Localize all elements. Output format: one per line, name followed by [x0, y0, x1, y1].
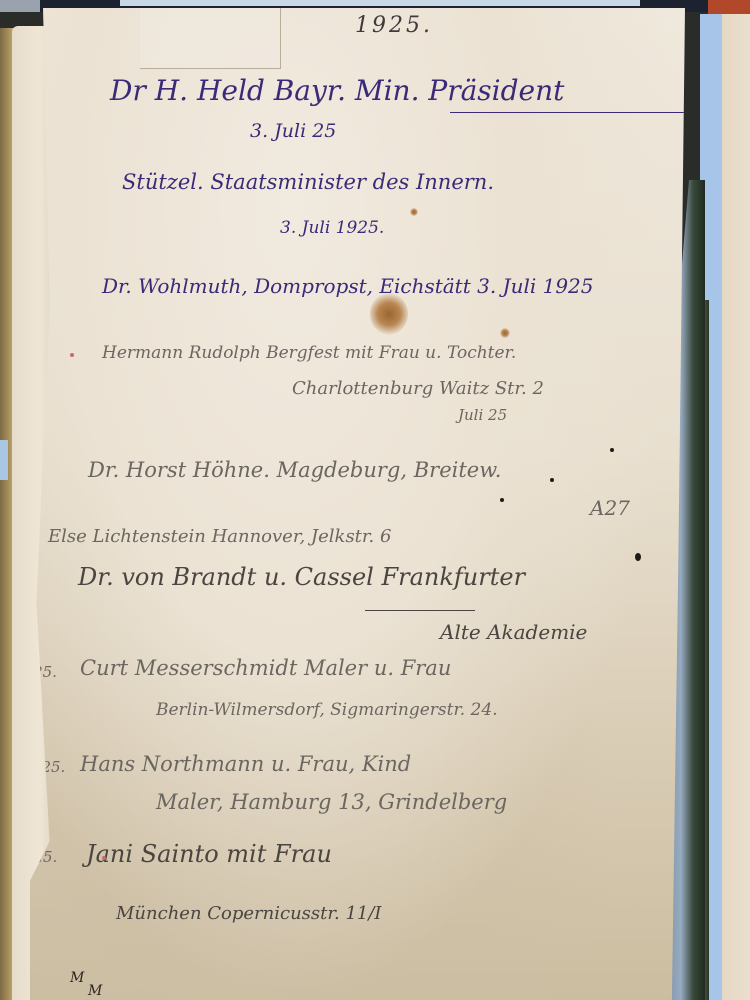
entry-messerschmidt-line-2: Berlin-Wilmersdorf, Sigmaringerstr. 24.	[156, 700, 498, 720]
entry-stuetzel-line-2: 3. Juli 1925.	[280, 218, 384, 238]
ink-stain	[500, 328, 510, 338]
entry-hermann-line-2: Charlottenburg Waitz Str. 2	[292, 378, 544, 399]
ink-speck	[550, 478, 554, 482]
entry-janis-line-1: Jani Sainto mit Frau	[86, 840, 332, 868]
entry-janis-line-2: München Copernicusstr. 11/I	[116, 903, 382, 924]
entry-lichtenstein-line-1: Else Lichtenstein Hannover, Jelkstr. 6	[48, 526, 391, 547]
cover-fragment	[0, 440, 8, 480]
entry-nothmann-line-2: Maler, Hamburg 13, Grindelberg	[156, 790, 507, 814]
pasted-label-outline	[140, 8, 281, 69]
bottom-mark: M	[70, 970, 84, 986]
ink-stain	[370, 293, 408, 335]
year-heading: 1925.	[355, 13, 433, 38]
entry-hoehne-line-1: Dr. Horst Höhne. Magdeburg, Breitew.	[88, 458, 501, 482]
entry-hermann-line-3: Juli 25	[458, 406, 507, 424]
ink-speck	[500, 498, 504, 502]
entry-stuetzel-line-1: Stützel. Staatsminister des Innern.	[122, 170, 494, 194]
bottom-mark: M	[88, 983, 102, 999]
entry-brandt-line-1: Dr. von Brandt u. Cassel Frankfurter	[78, 563, 525, 591]
entry-brandt-underline	[365, 610, 475, 611]
background-object	[708, 0, 750, 14]
entry-brandt-line-2: Alte Akademie	[440, 620, 587, 644]
background-object	[120, 0, 640, 6]
entry-nothmann-line-1: Hans Northmann u. Frau, Kind	[80, 752, 411, 776]
entry-held-line-1: Dr H. Held Bayr. Min. Präsident	[110, 74, 564, 107]
entry-held-line-2: 3. Juli 25	[250, 120, 336, 142]
guestbook-page: 1925. Dr H. Held Bayr. Min. Präsident 3.…	[30, 8, 685, 1000]
ink-stain	[410, 208, 418, 216]
entry-wohlmuth-line-1: Dr. Wohlmuth, Dompropst, Eichstätt 3. Ju…	[102, 274, 594, 298]
ink-speck	[635, 553, 641, 561]
entry-hoehne-line-2: A27	[590, 496, 630, 520]
entry-hermann-line-1: Hermann Rudolph Bergfest mit Frau u. Toc…	[102, 343, 516, 363]
red-spot	[70, 353, 74, 357]
entry-messerschmidt-line-1: Curt Messerschmidt Maler u. Frau	[80, 656, 451, 680]
red-spot	[102, 856, 106, 860]
entry-held-flourish	[450, 112, 700, 113]
ink-speck	[610, 448, 614, 452]
background-object	[0, 0, 40, 12]
